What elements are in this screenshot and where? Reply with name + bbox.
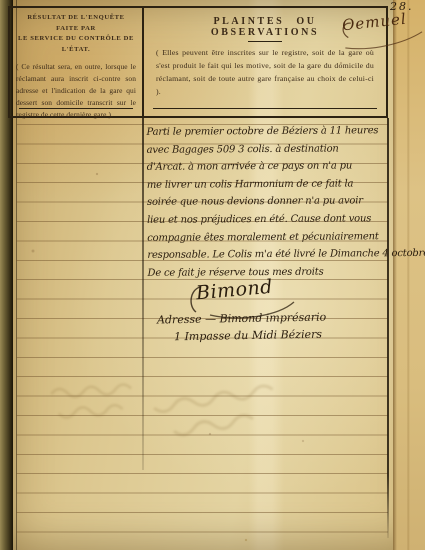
complaint-line: me livrer un colis Harmonium de ce fait … bbox=[147, 175, 391, 194]
result-box-body: ( Ce résultat sera, en outre, lorsque le… bbox=[16, 61, 136, 121]
complaint-line: avec Bagages 509 3 colis. à destination bbox=[147, 140, 391, 159]
result-box-title: RÉSULTAT DE L'ENQUÊTE FAITE PAR LE SERVI… bbox=[16, 13, 136, 55]
complaints-box-underline bbox=[153, 108, 377, 109]
complaint-entry: Parti le premier octobre de Béziers à 11… bbox=[146, 122, 391, 282]
complaint-line: Parti le premier octobre de Béziers à 11… bbox=[146, 122, 390, 141]
address-line-2: 1 Impasse du Midi Béziers bbox=[174, 328, 322, 344]
complaint-line: lieu et nos préjudices en été. Cause don… bbox=[147, 210, 391, 229]
register-page: RÉSULTAT DE L'ENQUÊTE FAITE PAR LE SERVI… bbox=[0, 0, 425, 550]
complaint-line: soirée que nous devions donner n'a pu av… bbox=[147, 193, 391, 212]
bleedthrough-mark bbox=[25, 376, 138, 430]
result-title-line2: LE SERVICE DU CONTRÔLE DE L'ÉTAT. bbox=[18, 35, 134, 53]
result-box-underline bbox=[19, 108, 133, 109]
page-edge bbox=[393, 0, 425, 550]
result-title-line1: RÉSULTAT DE L'ENQUÊTE FAITE PAR bbox=[27, 14, 124, 32]
complaint-line: d'Arcat. à mon arrivée à ce pays on n'a … bbox=[147, 157, 391, 176]
complaint-line: compagnie êtes moralement et pécuniairem… bbox=[147, 228, 391, 247]
result-box: RÉSULTAT DE L'ENQUÊTE FAITE PAR LE SERVI… bbox=[10, 8, 144, 116]
complaint-line: responsable. Le Colis m'a été livré le D… bbox=[147, 245, 391, 264]
header: RÉSULTAT DE L'ENQUÊTE FAITE PAR LE SERVI… bbox=[8, 6, 388, 118]
title-underline bbox=[248, 41, 282, 42]
